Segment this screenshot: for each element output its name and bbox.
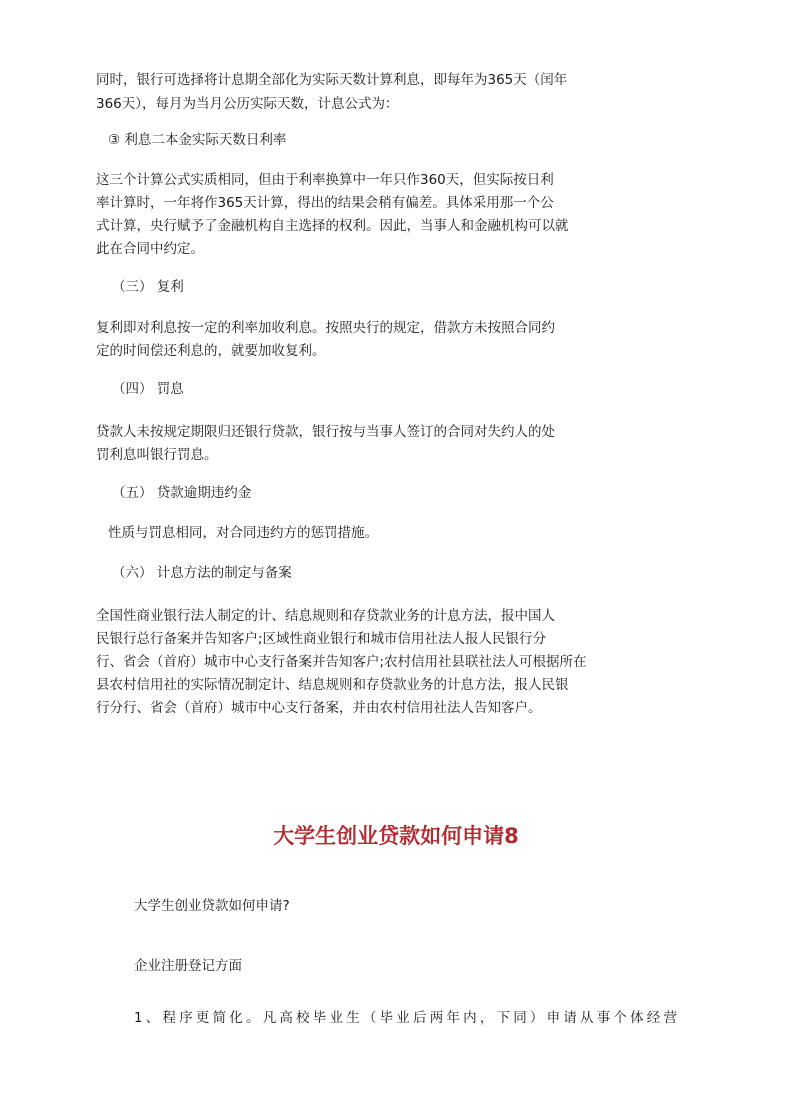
para3-line2: 定的时间偿还利息的，就要加收复利。 [96, 343, 326, 359]
question-line: 大学生创业贷款如何申请? [134, 898, 290, 914]
para1-line2: 366天），每月为当月公历实际天数，计息公式为： [96, 96, 399, 112]
heading-interest-method: （六） 计息方法的制定与备案 [112, 565, 292, 581]
item1-line: 1、程序更简化。凡高校毕业生（毕业后两年内，下同）申请从事个体经营 [134, 1010, 680, 1026]
para6-line4: 县农村信用社的实际情况制定计、结息规则和存贷款业务的计息方法，报人民银 [96, 677, 569, 693]
para6-line5: 行分行、省会（首府）城市中心支行备案，并由农村信用社法人告知客户。 [96, 700, 542, 716]
para2-line1: 这三个计算公式实质相同，但由于利率换算中一年只作360天，但实际按日利 [96, 172, 554, 188]
para5: 性质与罚息相同，对合同违约方的惩罚措施。 [108, 525, 378, 541]
para4-line1: 贷款人未按规定期限归还银行贷款，银行按与当事人签订的合同对失约人的处 [96, 424, 555, 440]
para6-line1: 全国性商业银行法人制定的计、结息规则和存贷款业务的计息方法，报中国人 [96, 608, 555, 624]
para6-line2: 民银行总行备案并告知客户;区域性商业银行和城市信用社法人报人民银行分 [96, 631, 546, 647]
heading-penalty-interest: （四） 罚息 [112, 381, 184, 397]
para3-line1: 复利即对利息按一定的利率加收利息。按照央行的规定，借款方未按照合同约 [96, 320, 555, 336]
para1-line1: 同时，银行可选择将计息期全部化为实际天数计算利息，即每年为365天（闰年 [96, 72, 567, 88]
para2-line2: 率计算时，一年将作365天计算，得出的结果会稍有偏差。具体采用那一个公 [96, 195, 554, 211]
heading-compound-interest: （三） 复利 [112, 279, 184, 295]
heading-late-fee: （五） 贷款逾期违约金 [112, 485, 251, 501]
section-title: 大学生创业贷款如何申请8 [0, 820, 792, 850]
subheading-registration: 企业注册登记方面 [134, 958, 242, 974]
formula-line: ③ 利息二本金实际天数日利率 [108, 132, 286, 148]
para2-line3: 式计算，央行赋予了金融机构自主选择的权利。因此，当事人和金融机构可以就 [96, 218, 569, 234]
para4-line2: 罚利息叫银行罚息。 [96, 447, 218, 463]
para6-line3: 行、省会（首府）城市中心支行备案并告知客户;农村信用社县联社法人可根据所在 [96, 654, 587, 670]
para2-line4: 此在合同中约定。 [96, 241, 204, 257]
